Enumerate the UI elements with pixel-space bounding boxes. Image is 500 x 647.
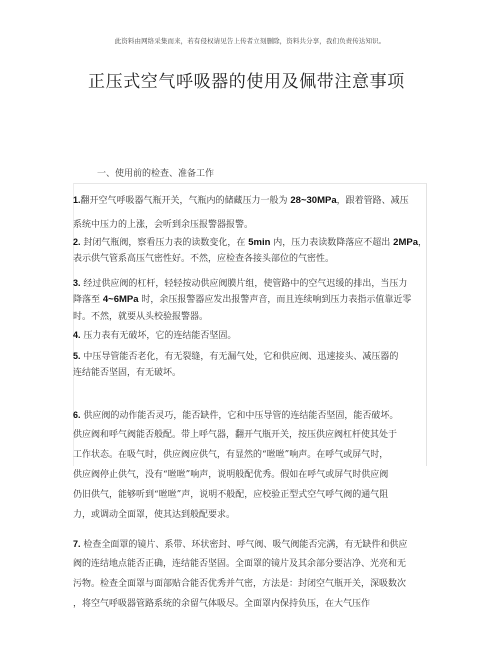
text-run: 时，余压报警器应发出报警声音，而且连续响到压力表指示值靠近零 [139,295,412,305]
text-run: ， [418,238,427,248]
text-run: 连结能否坚固，有无破坏。 [73,368,181,378]
paragraph-line: 6. 供应阀的动作能否灵巧，能否缺件，它和中压导管的连结能否坚固，能否破坏。 [73,415,398,416]
text-run: 污物。检查全面罩与面部贴合能否优秀并气密，方法是：封闭空气瓶开关，深吸数次 [73,579,406,589]
text-run: 经过供应阀的杠杆，轻轻按动供应阀膜片组，使管路中的空气迟缓的排出，当压力 [81,279,408,289]
copyright-notice: 此资料由网络采集而来，若有侵权请见告上传者立刻删除，资料共分享，我们负责传达知识… [0,36,500,45]
measurement-value: 5min [248,237,270,248]
paragraph-line: 2. 封闭气瓶阀，察看压力表的读数变化，在 5min 内，压力表读数降落应不超出… [73,242,427,243]
item-number: 4. [73,330,81,340]
text-run: 降落至 [73,295,103,305]
paragraph-line: 7. 检查全面罩的镜片、系带、环状密封、呼气阀、吸气阀能否完满，有无缺件和供应 [73,544,407,545]
text-run: 工作状态。在吸气时，供应阀应供气，有显然的“咝咝”响声。在呼气或屏气时， [73,450,388,460]
paragraph-line: 3. 经过供应阀的杠杆，轻轻按动供应阀膜片组，使管路中的空气迟缓的排出，当压力 [73,283,407,284]
text-run: 检查全面罩的镜片、系带、环状密封、呼气阀、吸气阀能否完满，有无缺件和供应 [81,540,408,550]
text-run: 力，或调动全面罩，使其达到般配要求。 [73,510,235,520]
text-run: 内，压力表读数降落应不超出 [270,238,393,248]
paragraph-line: 1.翻开空气呼吸器气瓶开关，气瓶内的储藏压力一般为 28~30MPa，跟着管路、… [73,200,409,201]
text-run: 供应阀和呼气阀能否般配。带上呼气器，翻开气瓶开关，按压供应阀杠杆使其处于 [73,430,397,440]
paragraph-line: 5. 中压导管能否老化，有无裂缝，有无漏气处，它和供应阀、迅速接头、减压器的 [73,356,398,357]
text-run: 封闭气瓶阀，察看压力表的读数变化，在 [81,238,249,248]
item-number: 1. [73,195,81,205]
text-run: 仍旧供气，能够听到“咝咝”声，说明不般配，应校验正型式空气呼气阀的通气阻 [73,490,388,500]
item-number: 2. [73,237,81,247]
section-heading: 一、使用前的检查、准备工作 [97,166,214,179]
text-run: 中压导管能否老化，有无裂缝，有无漏气处，它和供应阀、迅速接头、减压器的 [81,352,399,362]
measurement-value: 28~30MPa [290,195,336,206]
item-number: 7. [73,539,81,549]
text-run: ，跟着管路、减压 [337,196,409,206]
document-title: 正压式空气呼吸器的使用及佩带注意事项 [88,67,405,92]
text-run: 供应阀的动作能否灵巧，能否缺件，它和中压导管的连结能否坚固，能否破坏。 [81,411,399,421]
item-number: 6. [73,410,81,420]
paragraph-line: 4. 压力表有无破坏，它的连结能否坚固。 [73,335,236,336]
text-run: 压力表有无破坏，它的连结能否坚固。 [81,331,237,341]
text-run: 阀的连结地点能否正确，连结能否坚固。全面罩的镜片及其余部分要洁净、光亮和无 [73,559,406,569]
text-run: 系统中压力的上涨，会听到余压报警器报警。 [73,220,253,230]
measurement-value: 2MPa [393,237,418,248]
text-run: 翻开空气呼吸器气瓶开关，气瓶内的储藏压力一般为 [81,196,291,206]
text-run: ，将空气呼吸器管路系统的余留气体吸尽。全面罩内保持负压，在大气压作 [73,599,370,609]
text-run: 供应阀停止供气，没有“咝咝”响声，说明般配优秀。假如在呼气或屏气时供应阀 [73,470,388,480]
measurement-value: 4~6MPa [103,294,139,305]
text-run: 表示供气管系高压气密性好。不然，应检查各接头部位的气密性。 [73,254,334,264]
text-run: 时。不然，就要从头校验报警器。 [73,312,208,322]
item-number: 5. [73,351,81,361]
item-number: 3. [73,278,81,288]
